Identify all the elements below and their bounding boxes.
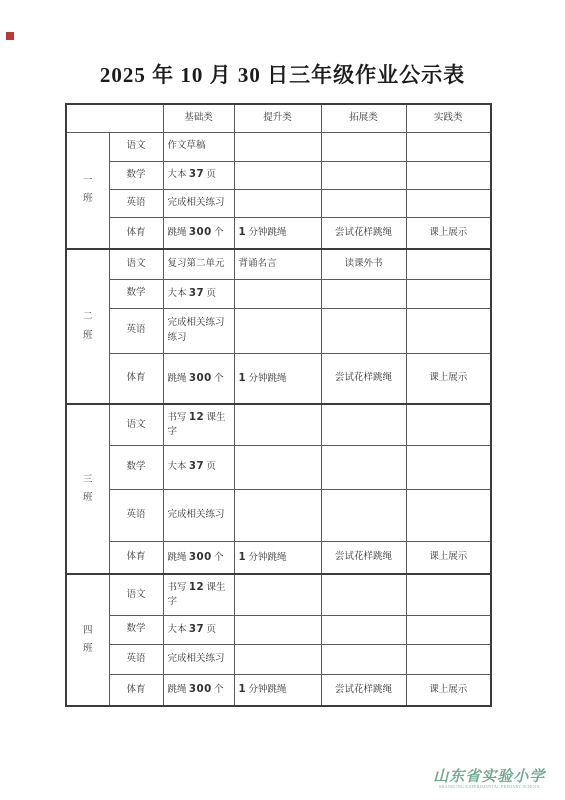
homework-cell: 完成相关练习: [163, 644, 234, 674]
subject-label: 英语: [109, 308, 163, 353]
homework-cell: 尝试花样跳绳: [321, 217, 406, 249]
table-row: 数学 大本 37 页: [66, 161, 491, 189]
school-watermark: 山东省实验小学 SHANDONG EXPERIMENTAL PRIMARY SC…: [419, 769, 560, 792]
header-row: 基础类 提升类 拓展类 实践类: [66, 104, 491, 132]
subject-label: 语文: [109, 132, 163, 161]
homework-cell: [406, 161, 491, 189]
homework-table: 基础类 提升类 拓展类 实践类 一班 语文 作文草稿 数学 大本 37 页: [65, 103, 492, 707]
homework-cell: 大本 37 页: [163, 161, 234, 189]
homework-cell: 完成相关练习练习: [163, 308, 234, 353]
column-header-boost: 提升类: [234, 104, 321, 132]
homework-cell: [321, 189, 406, 217]
homework-cell: 跳绳 300 个: [163, 353, 234, 404]
subject-label: 语文: [109, 404, 163, 445]
homework-cell: 尝试花样跳绳: [321, 674, 406, 706]
homework-cell: 书写 12 课生字: [163, 404, 234, 445]
homework-cell: [321, 489, 406, 541]
table-row: 数学 大本 37 页: [66, 279, 491, 308]
subject-label: 数学: [109, 161, 163, 189]
homework-cell: [234, 615, 321, 644]
homework-cell: 读课外书: [321, 249, 406, 279]
table-row: 体育 跳绳 300 个 1 分钟跳绳 尝试花样跳绳 课上展示: [66, 217, 491, 249]
homework-cell: 课上展示: [406, 541, 491, 574]
homework-cell: [234, 404, 321, 445]
homework-cell: 课上展示: [406, 217, 491, 249]
table-row: 二班 语文 复习第二单元 背诵名言 读课外书: [66, 249, 491, 279]
class-label-2: 二班: [66, 249, 109, 404]
page-title: 2025 年 10 月 30 日三年级作业公示表: [0, 59, 565, 89]
homework-cell: 书写 12 课生字: [163, 574, 234, 615]
homework-cell: 跳绳 300 个: [163, 674, 234, 706]
school-name-cn: 山东省实验小学: [419, 769, 560, 786]
homework-cell: 1 分钟跳绳: [234, 541, 321, 574]
subject-label: 语文: [109, 249, 163, 279]
homework-cell: 课上展示: [406, 353, 491, 404]
document-page: 2025 年 10 月 30 日三年级作业公示表 基础类 提升类 拓展类 实践类…: [0, 0, 565, 800]
homework-cell: [406, 404, 491, 445]
column-header-expand: 拓展类: [321, 104, 406, 132]
homework-cell: [406, 644, 491, 674]
homework-cell: [406, 132, 491, 161]
homework-cell: [321, 644, 406, 674]
homework-cell: [406, 249, 491, 279]
class-label-4: 四班: [66, 574, 109, 706]
table-row: 英语 完成相关练习: [66, 644, 491, 674]
homework-cell: [406, 445, 491, 489]
homework-cell: [321, 308, 406, 353]
homework-cell: [406, 615, 491, 644]
homework-cell: 1 分钟跳绳: [234, 674, 321, 706]
homework-cell: 完成相关练习: [163, 489, 234, 541]
table-row: 体育 跳绳 300 个 1 分钟跳绳 尝试花样跳绳 课上展示: [66, 674, 491, 706]
subject-label: 英语: [109, 489, 163, 541]
subject-label: 体育: [109, 353, 163, 404]
homework-cell: [321, 161, 406, 189]
homework-cell: [234, 308, 321, 353]
table-row: 英语 完成相关练习练习: [66, 308, 491, 353]
homework-cell: [406, 279, 491, 308]
subject-label: 体育: [109, 541, 163, 574]
homework-cell: [321, 615, 406, 644]
subject-label: 英语: [109, 644, 163, 674]
homework-cell: [234, 574, 321, 615]
homework-cell: [406, 489, 491, 541]
subject-label: 数学: [109, 615, 163, 644]
homework-cell: [321, 132, 406, 161]
homework-cell: [234, 489, 321, 541]
class-label-1: 一班: [66, 132, 109, 249]
homework-cell: 尝试花样跳绳: [321, 541, 406, 574]
corner-cell: [66, 104, 163, 132]
table-row: 体育 跳绳 300 个 1 分钟跳绳 尝试花样跳绳 课上展示: [66, 541, 491, 574]
homework-cell: 作文草稿: [163, 132, 234, 161]
table-row: 英语 完成相关练习: [66, 489, 491, 541]
homework-cell: [321, 279, 406, 308]
table-row: 体育 跳绳 300 个 1 分钟跳绳 尝试花样跳绳 课上展示: [66, 353, 491, 404]
homework-cell: [234, 189, 321, 217]
school-name-en: SHANDONG EXPERIMENTAL PRIMARY SCHOOL: [438, 785, 540, 789]
homework-cell: [234, 161, 321, 189]
subject-label: 英语: [109, 189, 163, 217]
homework-cell: 复习第二单元: [163, 249, 234, 279]
homework-cell: [321, 445, 406, 489]
table-row: 一班 语文 作文草稿: [66, 132, 491, 161]
homework-cell: 大本 37 页: [163, 279, 234, 308]
class-label-3: 三班: [66, 404, 109, 574]
homework-cell: 大本 37 页: [163, 445, 234, 489]
homework-cell: 跳绳 300 个: [163, 217, 234, 249]
table-row: 数学 大本 37 页: [66, 615, 491, 644]
subject-label: 数学: [109, 445, 163, 489]
homework-cell: [406, 308, 491, 353]
homework-cell: 1 分钟跳绳: [234, 353, 321, 404]
homework-cell: [234, 644, 321, 674]
homework-cell: [234, 445, 321, 489]
homework-cell: 背诵名言: [234, 249, 321, 279]
column-header-basic: 基础类: [163, 104, 234, 132]
class-name: 四班: [83, 622, 93, 658]
homework-cell: [234, 132, 321, 161]
homework-cell: [406, 574, 491, 615]
homework-cell: 完成相关练习: [163, 189, 234, 217]
homework-cell: 大本 37 页: [163, 615, 234, 644]
subject-label: 语文: [109, 574, 163, 615]
homework-cell: 课上展示: [406, 674, 491, 706]
class-name: 二班: [83, 308, 93, 344]
homework-cell: [406, 189, 491, 217]
annotation-marker-icon: [6, 32, 14, 40]
homework-cell: [321, 404, 406, 445]
class-name: 一班: [83, 172, 93, 208]
homework-cell: [234, 279, 321, 308]
class-name: 三班: [83, 471, 93, 507]
table-row: 四班 语文 书写 12 课生字: [66, 574, 491, 615]
table-row: 数学 大本 37 页: [66, 445, 491, 489]
homework-cell: [321, 574, 406, 615]
table-row: 英语 完成相关练习: [66, 189, 491, 217]
table-row: 三班 语文 书写 12 课生字: [66, 404, 491, 445]
homework-cell: 跳绳 300 个: [163, 541, 234, 574]
subject-label: 体育: [109, 217, 163, 249]
homework-cell: 1 分钟跳绳: [234, 217, 321, 249]
column-header-practice: 实践类: [406, 104, 491, 132]
subject-label: 体育: [109, 674, 163, 706]
subject-label: 数学: [109, 279, 163, 308]
homework-cell: 尝试花样跳绳: [321, 353, 406, 404]
